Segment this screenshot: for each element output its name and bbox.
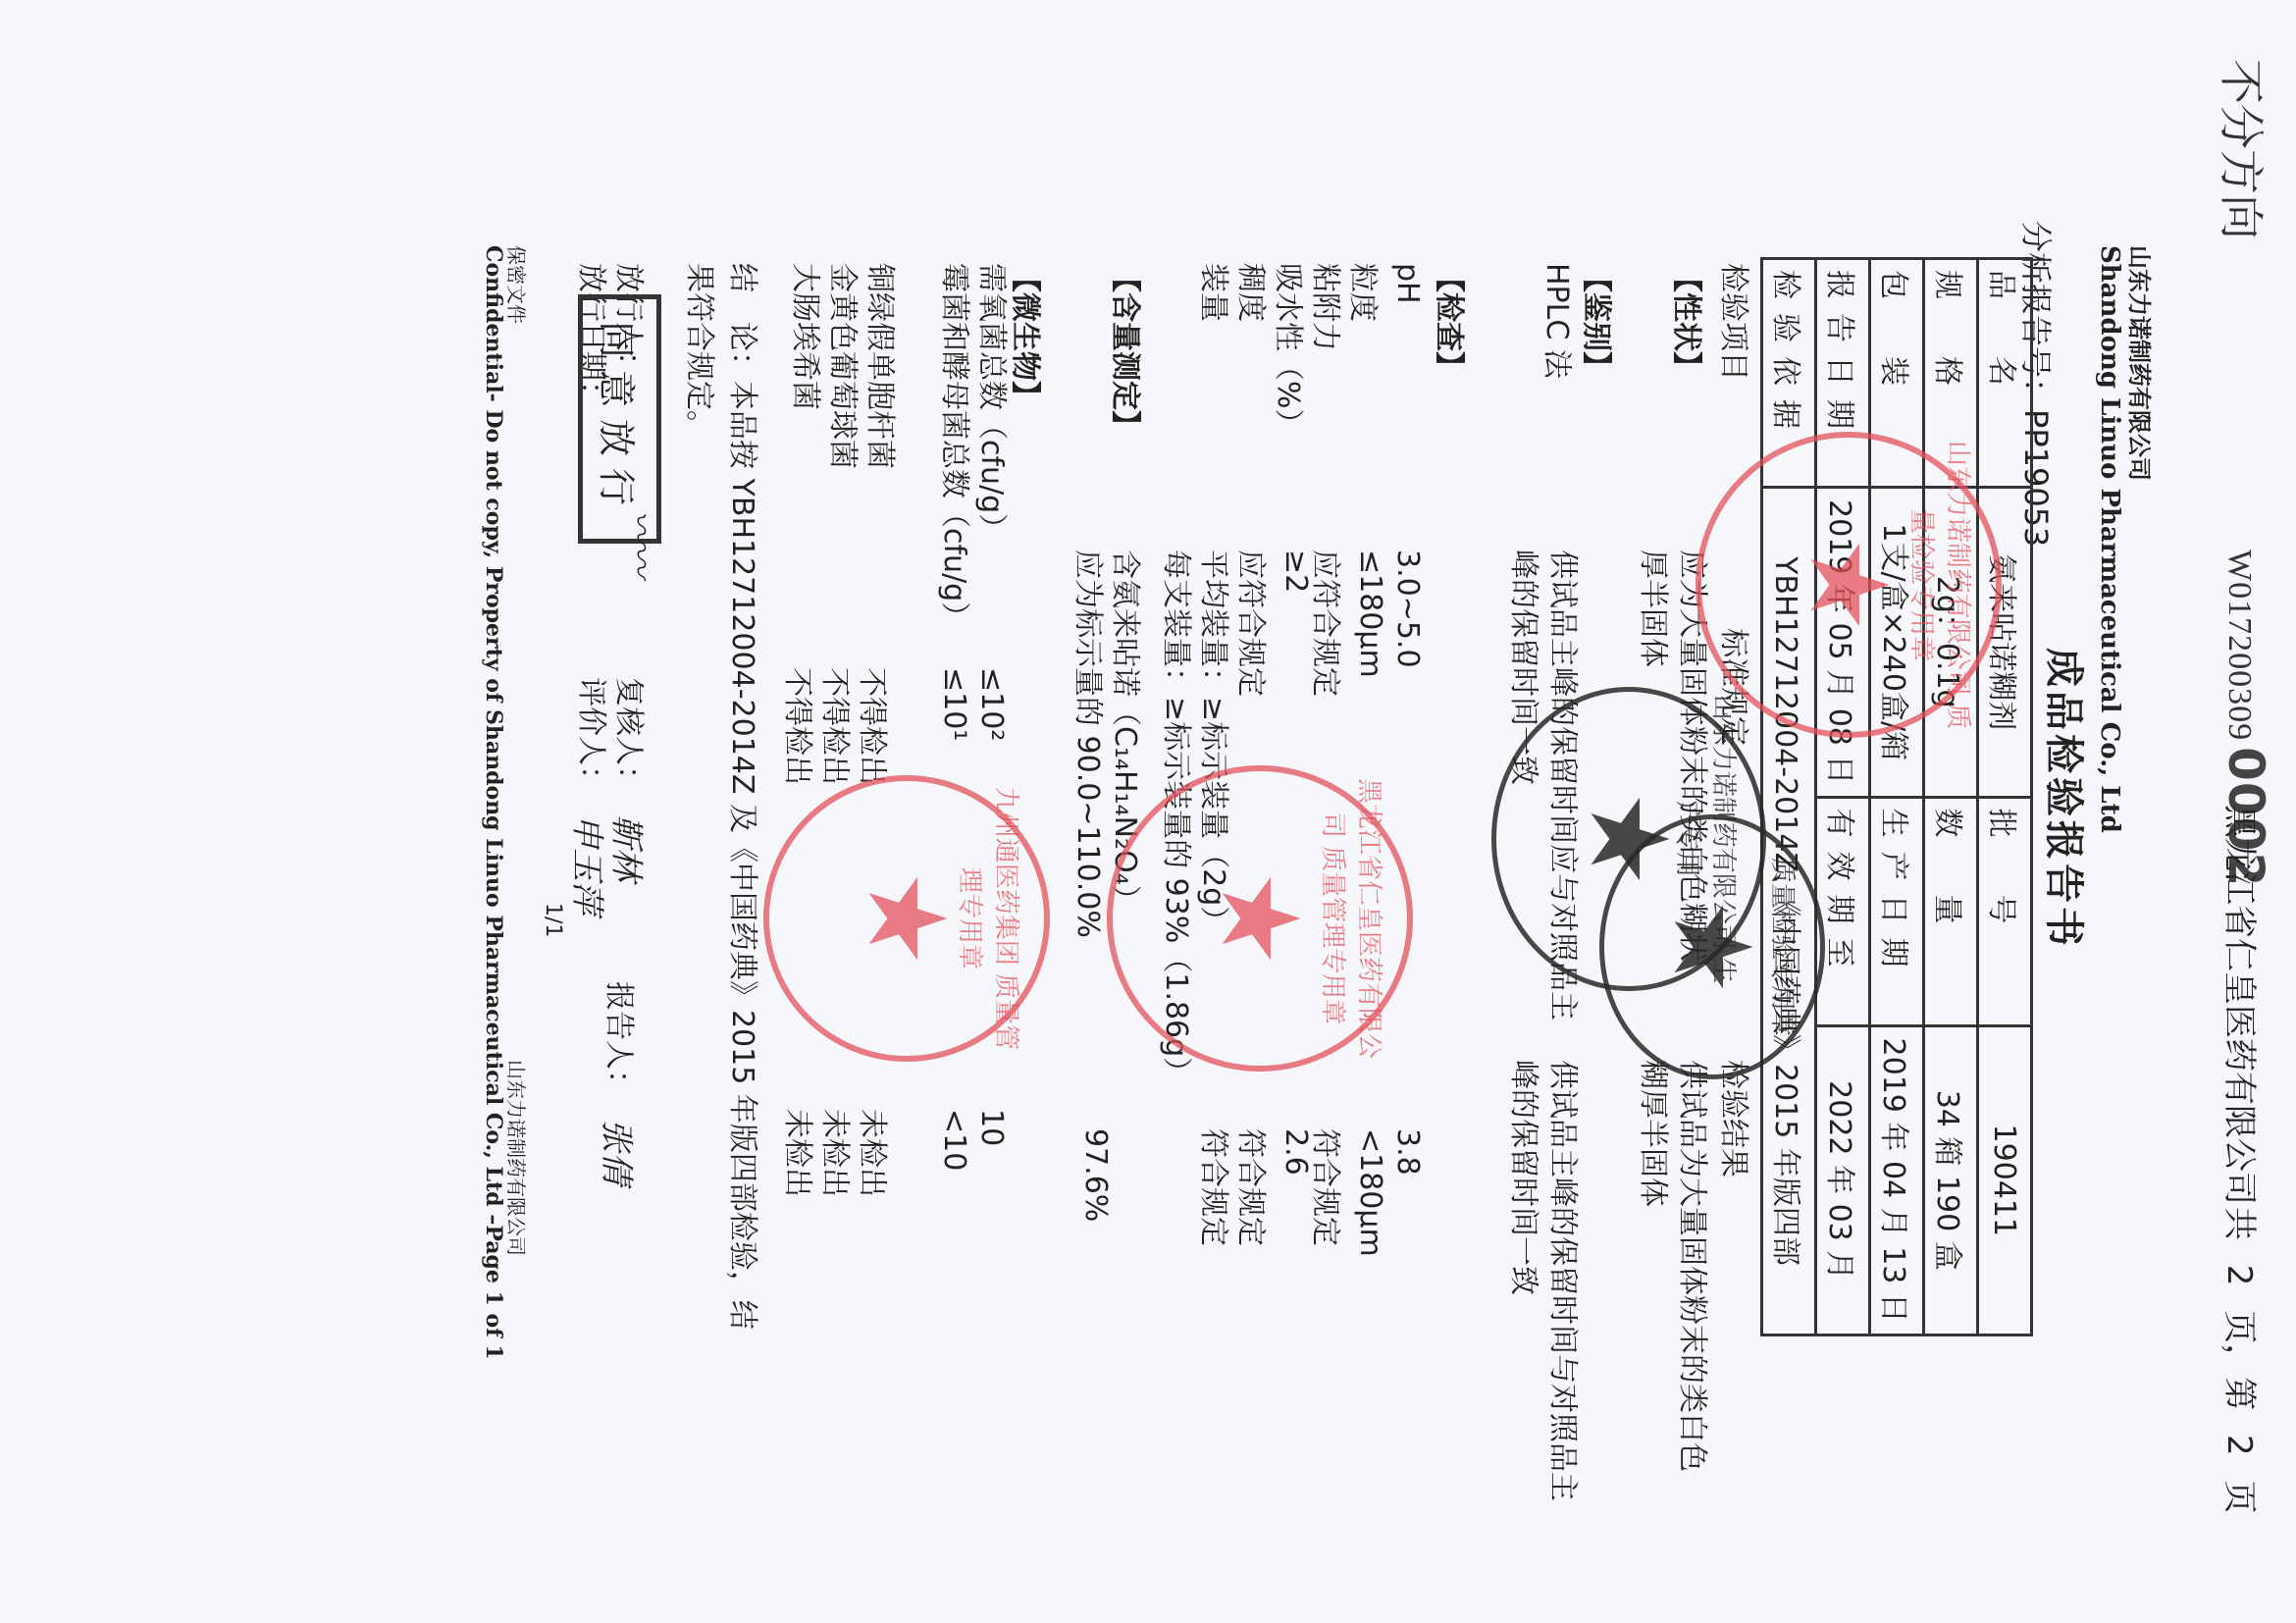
document-content xyxy=(0,0,2296,1623)
